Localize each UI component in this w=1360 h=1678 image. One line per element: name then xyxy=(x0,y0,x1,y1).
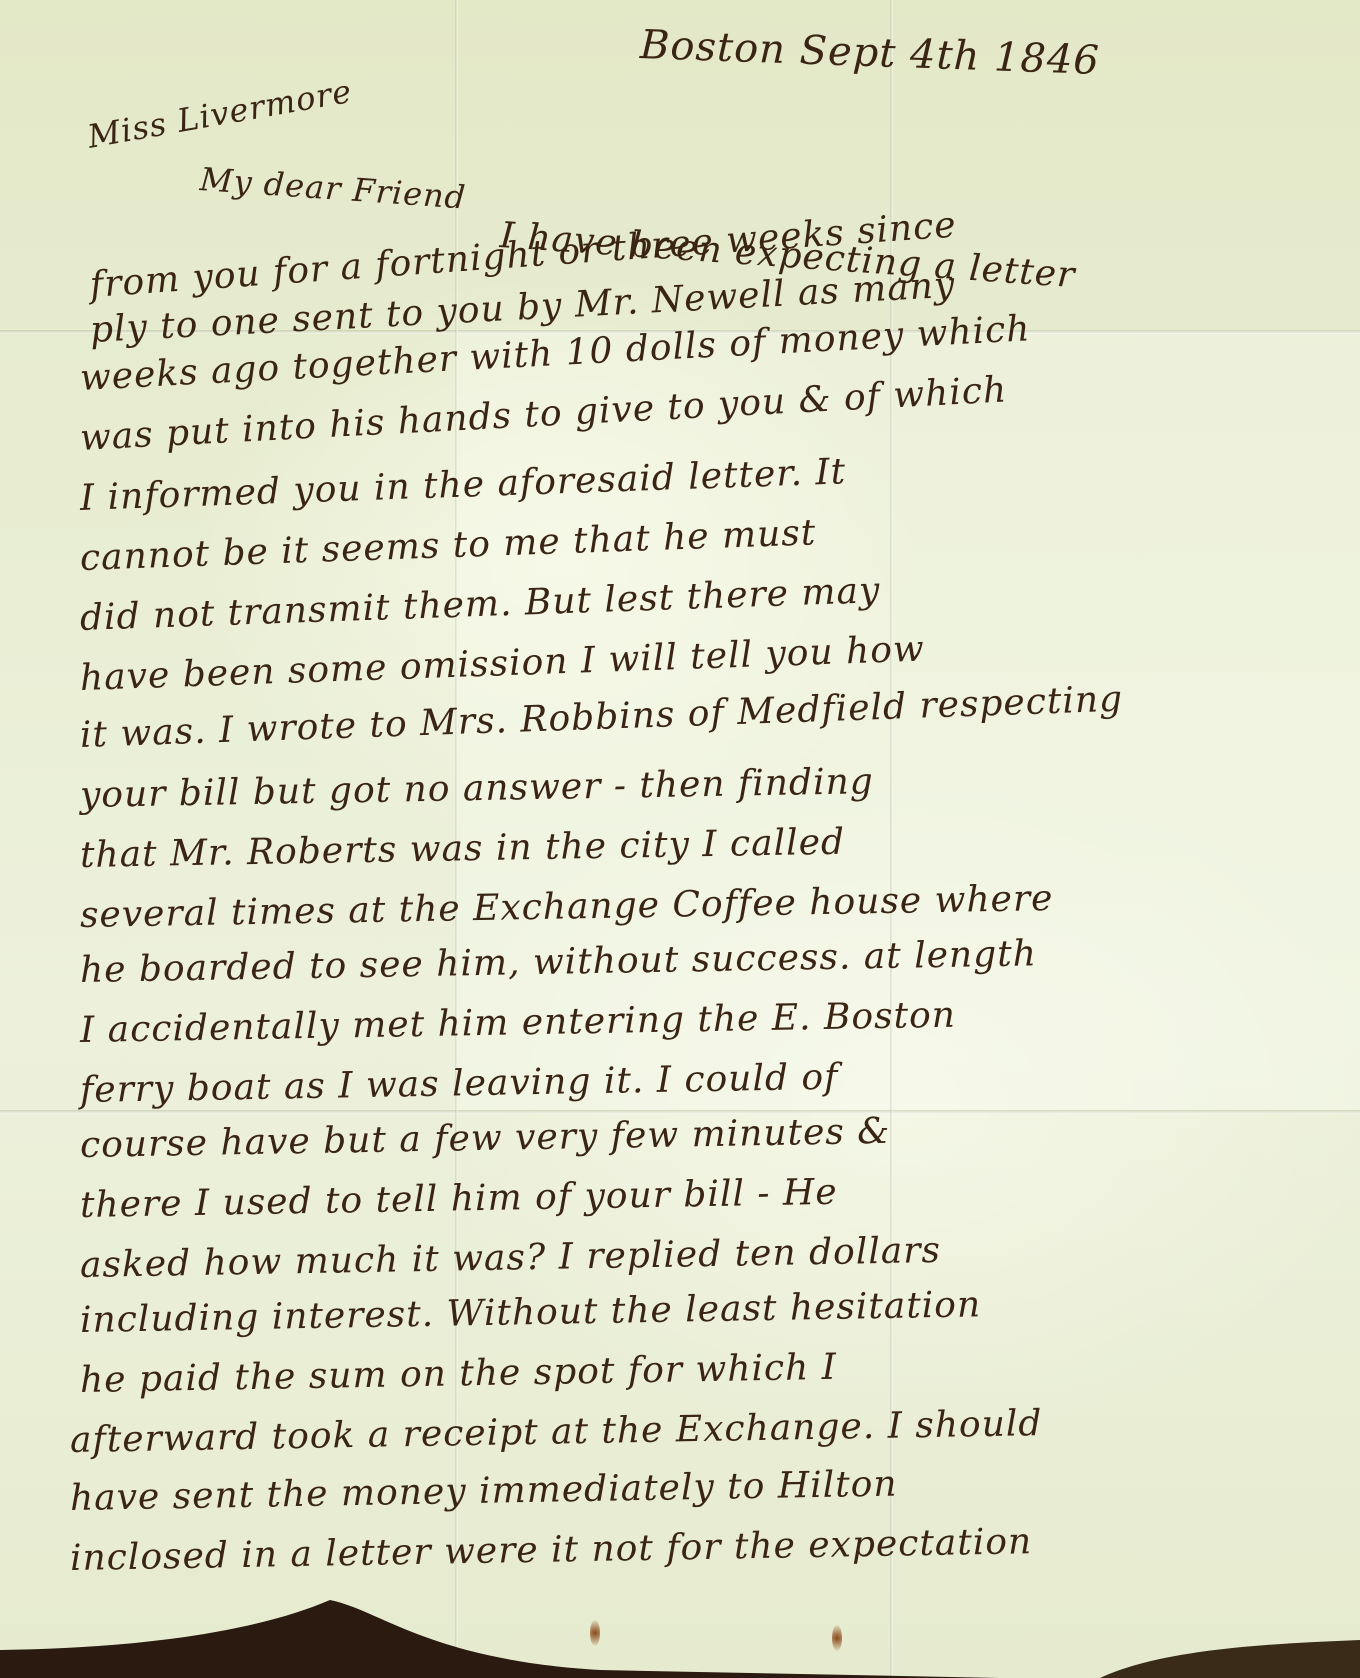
ink-stain xyxy=(832,1625,842,1651)
ink-stain xyxy=(590,1620,600,1646)
heading-place: Boston xyxy=(639,22,786,73)
fold-line-horizontal xyxy=(0,1110,1360,1114)
